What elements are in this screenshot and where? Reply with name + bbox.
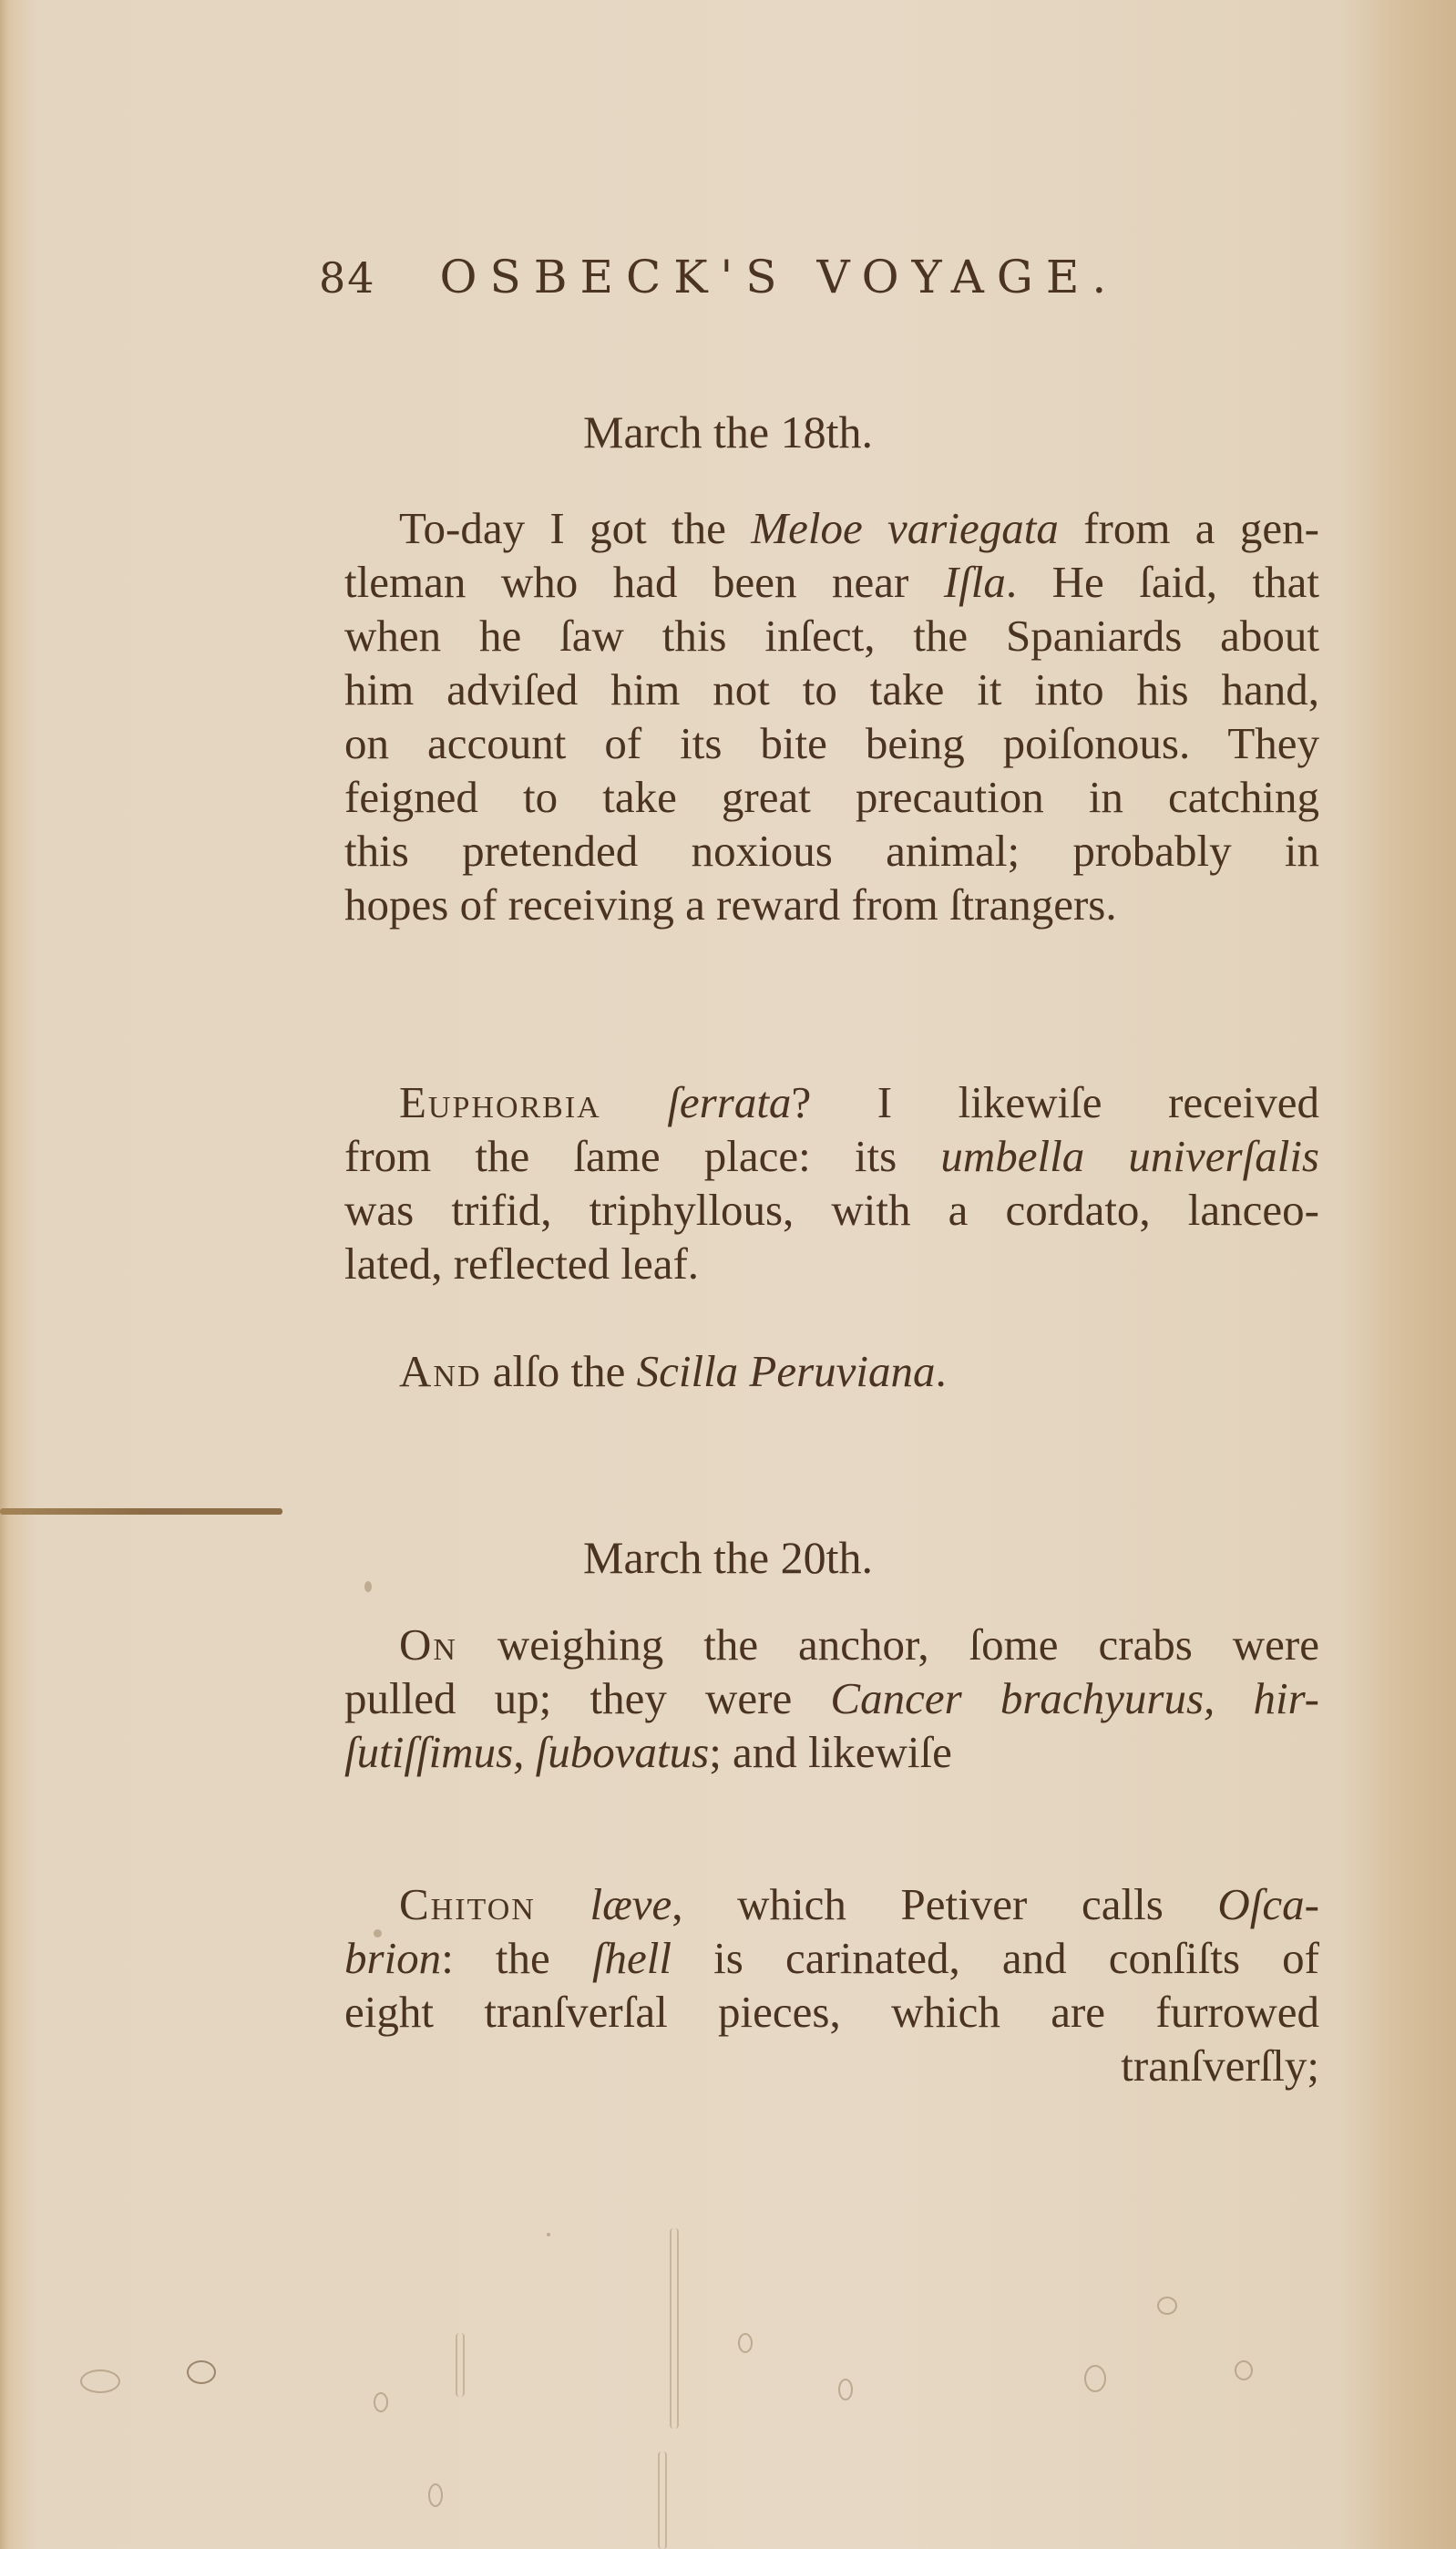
ink-speck xyxy=(364,1581,372,1592)
text-line: On weighing the anchor, ſome crabs were xyxy=(344,1618,1319,1671)
text-run: on account of its bite being poiſonous. … xyxy=(344,718,1319,768)
italic-term: brion xyxy=(344,1933,441,1983)
text-run: To-day I got the xyxy=(399,503,751,553)
paper-blemish xyxy=(838,2379,853,2400)
italic-term: Oſca- xyxy=(1217,1879,1319,1929)
text-line: To-day I got the Meloe variegata from a … xyxy=(344,501,1319,555)
paragraph-chiton: Chiton læve, which Petiver calls Oſca-br… xyxy=(344,1877,1319,2039)
italic-term: ſerrata xyxy=(667,1077,791,1127)
paper-streak xyxy=(456,2333,465,2397)
italic-term: ſhell xyxy=(592,1933,672,1983)
text-run: . xyxy=(936,1346,947,1396)
ink-speck xyxy=(374,1929,382,1937)
catchword-text: tranſverſly; xyxy=(344,2039,1319,2092)
paper-blemish xyxy=(738,2333,753,2353)
date-heading-march-20: March the 20th. xyxy=(0,1531,1456,1584)
text-run: feigned to take great precaution in catc… xyxy=(344,772,1319,822)
italic-term: Scilla Peruviana xyxy=(637,1346,936,1396)
text-line: And alſo the Scilla Peruviana. xyxy=(344,1344,1319,1398)
italic-term: læve xyxy=(590,1879,672,1929)
text-line: brion: the ſhell is carinated, and conſi… xyxy=(344,1931,1319,1985)
running-head: 84 OSBECK'S VOYAGE. xyxy=(319,251,1276,303)
small-caps-lead: On xyxy=(399,1619,457,1670)
text-run: tleman who had been near xyxy=(344,557,944,607)
margin-stain-mark xyxy=(0,1508,282,1515)
italic-term: umbella univerſalis xyxy=(940,1131,1319,1181)
text-line: on account of its bite being poiſonous. … xyxy=(344,716,1319,770)
text-line: Chiton læve, which Petiver calls Oſca- xyxy=(344,1877,1319,1931)
paper-blemish xyxy=(187,2360,216,2384)
text-run: : the xyxy=(441,1933,592,1983)
text-line: ſutiſſimus, ſubovatus; and likewiſe xyxy=(344,1725,1319,1779)
text-run xyxy=(601,1077,668,1127)
text-run: was trifid, triphyllous, with a cordato,… xyxy=(344,1185,1319,1235)
text-run: him adviſed him not to take it into his … xyxy=(344,664,1319,714)
text-line: feigned to take great precaution in catc… xyxy=(344,770,1319,824)
italic-term: Cancer brachyurus, hir- xyxy=(830,1673,1319,1723)
text-run: this pretended noxious animal; probably … xyxy=(344,826,1319,876)
book-page: 84 OSBECK'S VOYAGE. March the 18th. To-d… xyxy=(0,0,1456,2549)
text-run: weighing the anchor, ſome crabs were xyxy=(457,1619,1319,1670)
paragraph-euphorbia: Euphorbia ſerrata? I likewiſe receivedfr… xyxy=(344,1075,1319,1290)
small-caps-lead: Chiton xyxy=(399,1879,536,1929)
paper-blemish xyxy=(428,2483,443,2507)
text-line: lated, reflected leaf. xyxy=(344,1237,1319,1290)
text-line: when he ſaw this inſect, the Spaniards a… xyxy=(344,609,1319,663)
text-line: from the ſame place: its umbella univerſ… xyxy=(344,1129,1319,1183)
italic-term: Iſla xyxy=(944,557,1006,607)
paragraph-crabs: On weighing the anchor, ſome crabs werep… xyxy=(344,1618,1319,1779)
text-line: hopes of receiving a reward from ſtrange… xyxy=(344,878,1319,931)
text-run: . He ſaid, that xyxy=(1006,557,1319,607)
date-heading-march-18: March the 18th. xyxy=(0,406,1456,458)
text-run: pulled up; they were xyxy=(344,1673,830,1723)
paper-blemish xyxy=(80,2369,120,2393)
text-run: hopes of receiving a reward from ſtrange… xyxy=(344,879,1117,930)
text-line: this pretended noxious animal; probably … xyxy=(344,824,1319,878)
text-run: ? I likewiſe received xyxy=(791,1077,1319,1127)
text-run: lated, reflected leaf. xyxy=(344,1239,699,1289)
paper-streak xyxy=(658,2451,667,2549)
paper-streak xyxy=(670,2228,679,2429)
text-run: from the ſame place: its xyxy=(344,1131,940,1181)
italic-term: Meloe variegata xyxy=(751,503,1059,553)
text-line: was trifid, triphyllous, with a cordato,… xyxy=(344,1183,1319,1237)
running-title: OSBECK'S VOYAGE. xyxy=(439,251,1119,303)
text-line: tleman who had been near Iſla. He ſaid, … xyxy=(344,555,1319,609)
italic-term: ſutiſſimus, ſubovatus xyxy=(344,1727,709,1777)
page-number: 84 xyxy=(319,253,376,303)
paper-blemish xyxy=(1084,2365,1106,2392)
text-run xyxy=(536,1879,590,1929)
text-run: when he ſaw this inſect, the Spaniards a… xyxy=(344,611,1319,661)
text-line: Euphorbia ſerrata? I likewiſe received xyxy=(344,1075,1319,1129)
text-run: , which Petiver calls xyxy=(672,1879,1217,1929)
text-line: eight tranſverſal pieces, which are furr… xyxy=(344,1985,1319,2039)
catchword: tranſverſly; xyxy=(344,2039,1319,2092)
small-caps-lead: Euphorbia xyxy=(399,1077,601,1127)
paragraph-meloe: To-day I got the Meloe variegata from a … xyxy=(344,501,1319,931)
text-line: pulled up; they were Cancer brachyurus, … xyxy=(344,1671,1319,1725)
paper-blemish xyxy=(1235,2360,1253,2380)
small-caps-lead: And xyxy=(399,1346,482,1396)
ink-speck xyxy=(547,2233,550,2236)
text-run: is carinated, and conſiſts of xyxy=(672,1933,1319,1983)
paper-blemish xyxy=(374,2392,388,2412)
text-run: from a gen- xyxy=(1059,503,1319,553)
text-line: him adviſed him not to take it into his … xyxy=(344,663,1319,716)
paper-blemish xyxy=(1157,2297,1177,2315)
text-run: eight tranſverſal pieces, which are furr… xyxy=(344,1987,1319,2037)
paragraph-scilla: And alſo the Scilla Peruviana. xyxy=(344,1344,1319,1398)
text-run: ; and likewiſe xyxy=(709,1727,952,1777)
text-run: alſo the xyxy=(482,1346,637,1396)
